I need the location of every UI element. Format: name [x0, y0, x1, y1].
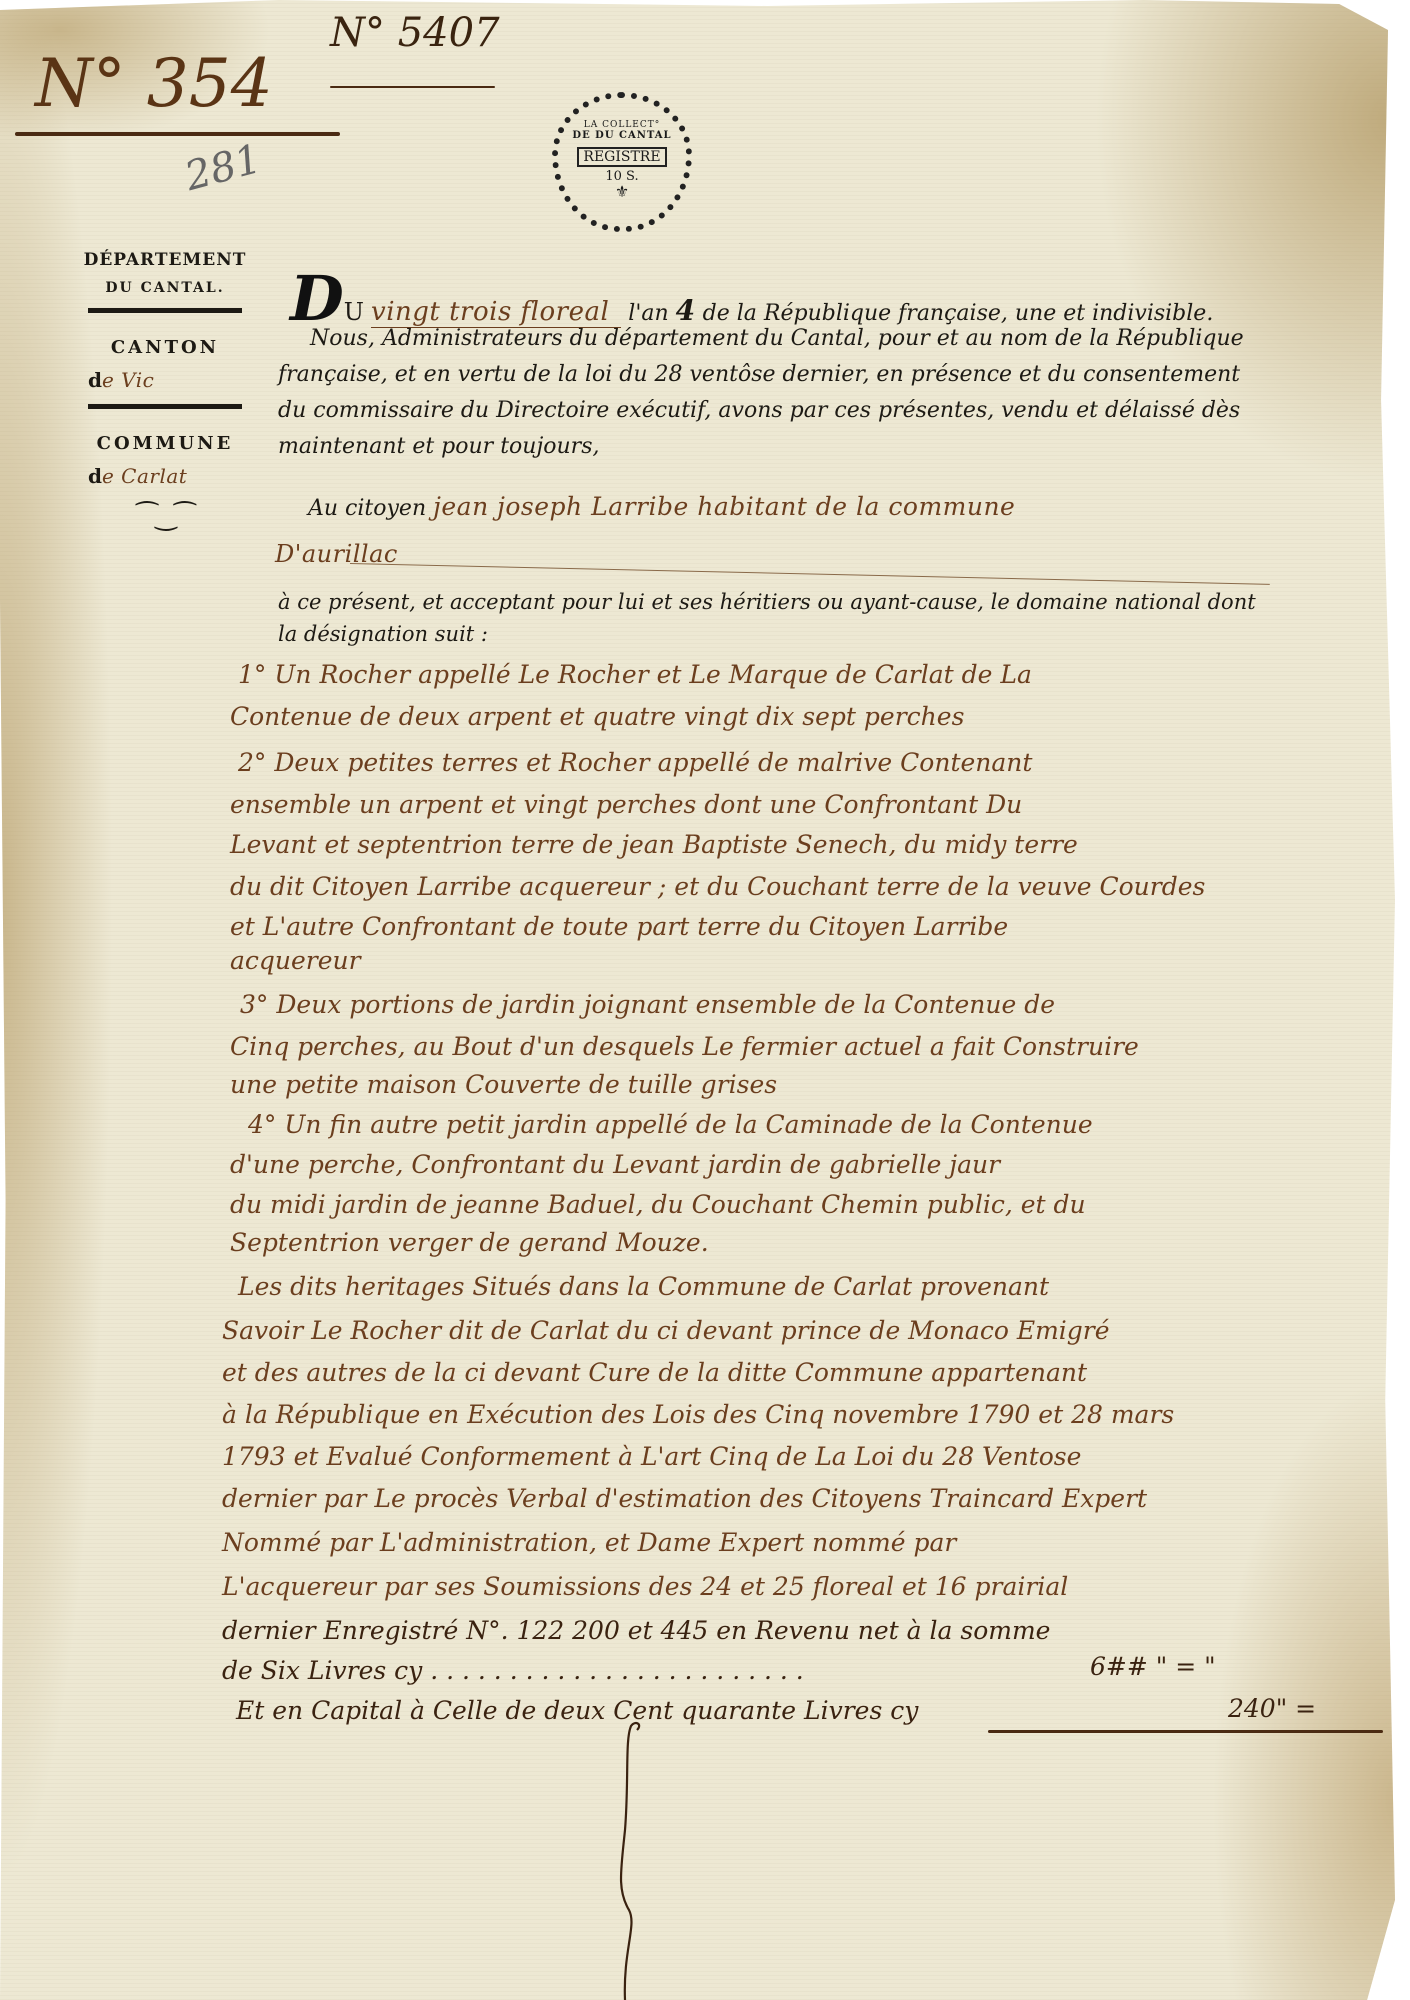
printed-line-3: française, et en vertu de la loi du 28 v…: [278, 362, 1240, 387]
handwritten-line: et des autres de la ci devant Cure de la…: [222, 1358, 1087, 1387]
commune-field: de Carlat: [80, 464, 250, 488]
handwritten-line: 3° Deux portions de jardin joignant ense…: [240, 990, 1055, 1019]
canton-label: CANTON: [80, 337, 250, 358]
line1-suffix: de la République française, une et indiv…: [703, 301, 1214, 326]
handwritten-line: une petite maison Couverte de tuille gri…: [230, 1070, 777, 1099]
printed-line-2: Nous, Administrateurs du département du …: [310, 326, 1244, 351]
handwritten-line: d'une perche, Confrontant du Levant jard…: [230, 1150, 1000, 1179]
line1-prefix: U: [344, 298, 364, 326]
commune-value: e Carlat: [102, 464, 187, 488]
handwritten-line: de Six Livres cy . . . . . . . . . . . .…: [222, 1656, 804, 1685]
capital-amount: 240" =: [1228, 1694, 1316, 1723]
handwritten-line: Septentrion verger de gerand Mouze.: [230, 1228, 709, 1257]
registry-number-secondary: N° 5407: [330, 10, 500, 56]
date-field: vingt trois floreal: [371, 297, 621, 328]
buyer-name-field: jean joseph Larribe habitant de la commu…: [433, 492, 1015, 521]
year-field: 4: [676, 294, 696, 327]
revenue-amount: 6## " = ": [1090, 1652, 1216, 1681]
handwritten-line: dernier par Le procès Verbal d'estimatio…: [222, 1484, 1147, 1513]
handwritten-line: ensemble un arpent et vingt perches dont…: [230, 790, 1022, 819]
dropcap: D: [290, 262, 344, 335]
handwritten-line: Savoir Le Rocher dit de Carlat du ci dev…: [222, 1316, 1110, 1345]
closing-flourish-icon: [615, 1720, 645, 2000]
margin-divider: [88, 308, 242, 313]
total-underline: [988, 1730, 1383, 1733]
stamp-department-text: DE DU CANTAL: [572, 130, 671, 141]
decorative-brace-icon: ⁀‿⁀: [80, 502, 250, 532]
handwritten-line: 1° Un Rocher appellé Le Rocher et Le Mar…: [238, 660, 1032, 689]
pencil-mark: 281: [180, 136, 266, 200]
registry-number-main: N° 354: [35, 45, 273, 122]
handwritten-line: du midi jardin de jeanne Baduel, du Couc…: [230, 1190, 1086, 1219]
departement-label: DÉPARTEMENT: [80, 250, 250, 270]
margin-divider: [88, 404, 242, 409]
handwritten-line: 1793 et Evalué Conformement à L'art Cinq…: [222, 1442, 1081, 1471]
printed-line-9: la désignation suit :: [278, 622, 488, 646]
year-label: l'an: [628, 301, 668, 326]
handwritten-line: 2° Deux petites terres et Rocher appellé…: [238, 748, 1032, 777]
buyer-label: Au citoyen: [308, 496, 426, 521]
stamp-top-text: LA COLLECT°: [584, 120, 661, 130]
canton-value: e Vic: [102, 368, 154, 392]
handwritten-line: Et en Capital à Celle de deux Cent quara…: [236, 1696, 918, 1725]
printed-line-5: maintenant et pour toujours,: [278, 434, 599, 459]
buyer-underline: [350, 563, 1270, 585]
handwritten-line: L'acquereur par ses Soumissions des 24 e…: [222, 1572, 1068, 1601]
commune-prefix: d: [88, 464, 102, 488]
printed-line-1: DU vingt trois floreal l'an 4 de la Répu…: [290, 262, 1213, 335]
rule-under-secondary-number: [330, 86, 495, 88]
document-page: N° 5407 N° 354 281 LA COLLECT° DE DU CAN…: [0, 0, 1395, 2000]
du-cantal-label: DU CANTAL.: [80, 280, 250, 296]
handwritten-line: Les dits heritages Situés dans la Commun…: [238, 1272, 1049, 1301]
handwritten-line: et L'autre Confrontant de toute part ter…: [230, 912, 1008, 941]
canton-prefix: d: [88, 368, 102, 392]
handwritten-line: Levant et septentrion terre de jean Bapt…: [230, 830, 1078, 859]
commune-label: COMMUNE: [80, 433, 250, 454]
handwritten-line: 4° Un fin autre petit jardin appellé de …: [248, 1110, 1093, 1139]
buyer-line: Au citoyen jean joseph Larribe habitant …: [308, 492, 1015, 521]
handwritten-line: dernier Enregistré N°. 122 200 et 445 en…: [222, 1616, 1050, 1645]
handwritten-line: Cinq perches, au Bout d'un desquels Le f…: [230, 1032, 1139, 1061]
registry-stamp: LA COLLECT° DE DU CANTAL REGISTRE 10 S. …: [552, 92, 692, 232]
handwritten-line: Nommé par L'administration, et Dame Expe…: [222, 1528, 956, 1557]
margin-header: DÉPARTEMENT DU CANTAL. CANTON de Vic COM…: [80, 250, 250, 532]
printed-line-8: à ce présent, et acceptant pour lui et s…: [278, 590, 1256, 614]
fleur-de-lis-icon: ⚜: [615, 184, 629, 200]
rule-under-main-number: [15, 132, 340, 136]
handwritten-line: du dit Citoyen Larribe acquereur ; et du…: [230, 872, 1205, 901]
stamp-label: REGISTRE: [577, 147, 666, 167]
printed-line-4: du commissaire du Directoire exécutif, a…: [278, 398, 1240, 423]
canton-field: de Vic: [80, 368, 250, 392]
handwritten-line: à la République en Exécution des Lois de…: [222, 1400, 1174, 1429]
handwritten-line: Contenue de deux arpent et quatre vingt …: [230, 702, 964, 731]
handwritten-line: acquereur: [230, 946, 361, 975]
